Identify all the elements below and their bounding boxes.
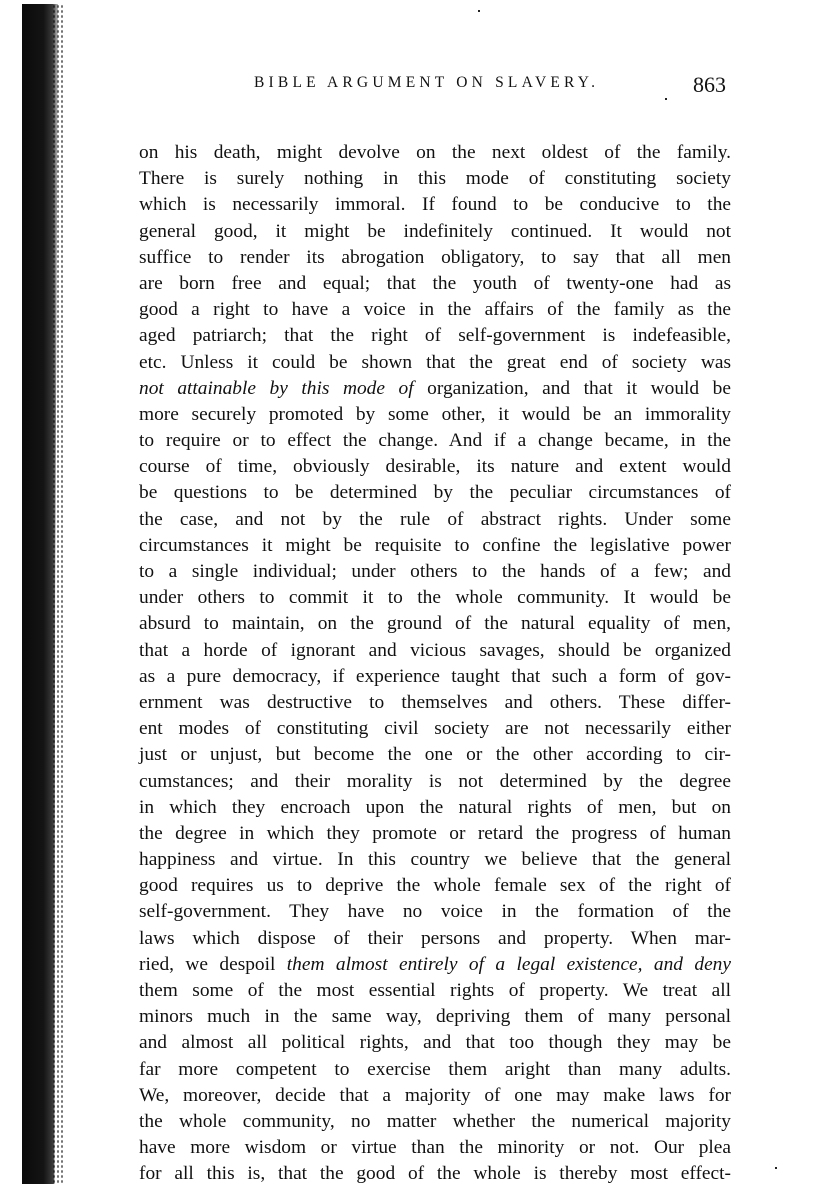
text-line: for all this is, that the good of the wh… xyxy=(139,1161,731,1187)
text-line: absurd to maintain, on the ground of the… xyxy=(139,611,731,637)
text-line: etc. Unless it could be shown that the g… xyxy=(139,350,731,376)
text-line: ernment was destructive to themselves an… xyxy=(139,690,731,716)
text-line: cumstances; and their morality is not de… xyxy=(139,769,731,795)
text-line-with-italics: ried, we despoil them almost entirely of… xyxy=(139,952,731,978)
text-line: self-government. They have no voice in t… xyxy=(139,899,731,925)
scan-speck xyxy=(775,1167,777,1169)
text-line: that a horde of ignorant and vicious sav… xyxy=(139,638,731,664)
text-line: minors much in the same way, depriving t… xyxy=(139,1004,731,1030)
running-head: BIBLE ARGUMENT ON SLAVERY. xyxy=(254,74,599,92)
text-line: There is surely nothing in this mode of … xyxy=(139,166,731,192)
text-line: on his death, might devolve on the next … xyxy=(139,140,731,166)
text-line: just or unjust, but become the one or th… xyxy=(139,742,731,768)
text-line: suffice to render its abrogation obligat… xyxy=(139,245,731,271)
text-line: are born free and equal; that the youth … xyxy=(139,271,731,297)
text-line: under others to commit it to the whole c… xyxy=(139,585,731,611)
binding-scan-noise xyxy=(52,4,64,1184)
text-line: the degree in which they promote or reta… xyxy=(139,821,731,847)
text-line: general good, it might be indefinitely c… xyxy=(139,219,731,245)
text-line: good a right to have a voice in the affa… xyxy=(139,297,731,323)
text-line: circumstances it might be requisite to c… xyxy=(139,533,731,559)
scan-speck xyxy=(665,98,667,100)
text-line: aged patriarch; that the right of self-g… xyxy=(139,323,731,349)
text-line: We, moreover, decide that a majority of … xyxy=(139,1083,731,1109)
text-line: to a single individual; under others to … xyxy=(139,559,731,585)
text-line: more securely promoted by some other, it… xyxy=(139,402,731,428)
text-line: them some of the most essential rights o… xyxy=(139,978,731,1004)
text-line: ent modes of constituting civil society … xyxy=(139,716,731,742)
italic-emphasis: not attainable by this mode of xyxy=(139,378,414,399)
text-line: be questions to be determined by the pec… xyxy=(139,480,731,506)
text-line-with-italics: not attainable by this mode of organizat… xyxy=(139,376,731,402)
text-line: which is necessarily immoral. If found t… xyxy=(139,192,731,218)
text-line: happiness and virtue. In this country we… xyxy=(139,847,731,873)
text-line: course of time, obviously desirable, its… xyxy=(139,454,731,480)
italic-emphasis: them almost entirely of a legal existenc… xyxy=(287,954,731,975)
text-line: have more wisdom or virtue than the mino… xyxy=(139,1135,731,1161)
page-number: 863 xyxy=(693,72,726,98)
text-line: laws which dispose of their persons and … xyxy=(139,926,731,952)
text-line: and almost all political rights, and tha… xyxy=(139,1030,731,1056)
text-line: the case, and not by the rule of abstrac… xyxy=(139,507,731,533)
text-line: far more competent to exercise them arig… xyxy=(139,1057,731,1083)
text-line: as a pure democracy, if experience taugh… xyxy=(139,664,731,690)
body-text: on his death, might devolve on the next … xyxy=(139,140,731,1188)
scan-speck xyxy=(478,10,480,12)
text-line: the whole community, no matter whether t… xyxy=(139,1109,731,1135)
text-line: in which they encroach upon the natural … xyxy=(139,795,731,821)
text-line: to require or to effect the change. And … xyxy=(139,428,731,454)
text-line: good requires us to deprive the whole fe… xyxy=(139,873,731,899)
